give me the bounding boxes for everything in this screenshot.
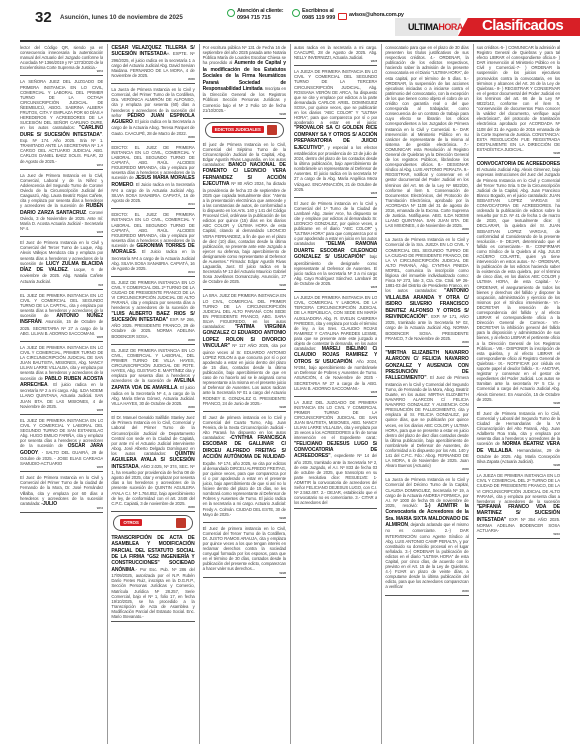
notice-body: LA JUEZA DE PRIMERA INSTANCIA EN LO CIVI… (294, 69, 377, 125)
notice-code: W/28 (294, 192, 377, 195)
section-header-edictos: EDICTOS JUDICIALES (205, 122, 284, 138)
notice-code: W/28 (385, 468, 468, 471)
notice-code: W/26 (20, 336, 103, 339)
notice-body: El Dr. Manuel Genaldo Saifildin Stanley … (111, 415, 194, 456)
classified-notice: El Juez de Primera Instancia en lo Civil… (20, 474, 103, 513)
classified-notice: EDICTO: EL JUEZ DE PRIMERA INSTANCIA EN … (111, 144, 194, 210)
notice-code: W/28 (477, 402, 560, 405)
classified-notice: La Jueza de Primera Instancia en lo Civi… (385, 476, 468, 595)
column-4: autos radica en la secretaría a mi cargo… (290, 44, 377, 744)
classified-notice: autos radica en la secretaría a mi cargo… (294, 44, 377, 66)
notice-body: lector del Código QR, siendo ya en conse… (20, 45, 103, 70)
section-icon (267, 125, 277, 135)
notice-code: W/28 (385, 590, 468, 593)
classified-notice: EL JUEZ DE PRIMERA INSTANCIA EN LO CIVIL… (111, 279, 194, 345)
notice-code: W/26 (20, 466, 103, 469)
classified-notice: El Dr. Manuel Genaldo Saifildin Stanley … (111, 414, 194, 512)
notice-code: W/28 (294, 286, 377, 289)
brand-hora: HORA (438, 22, 463, 32)
whatsapp-icon (292, 9, 300, 17)
notice-body-tail: - Expdte. Nº 174, año 2025, se cita por … (203, 454, 286, 516)
notice-code: W/10 (477, 533, 560, 536)
notice-body: LA JUEZA DE PRIMERA INSTANCIA EN LO CIVI… (294, 295, 377, 351)
notice-headline: -JULIO (41, 501, 57, 507)
notice-body-tail: , expediente Nº 14 del año 2025, tramita… (294, 453, 377, 505)
notice-code: W/28 (111, 506, 194, 509)
whatsapp-icon (227, 9, 235, 17)
notice-body-tail: Nº 80 AÑO 2024, ha dictado la providenci… (203, 181, 286, 284)
classified-notice: EL JUEZ DE PRIMERA INSTANCIA EN LO CIVIL… (111, 347, 194, 413)
classified-notice: LA JUEZ DE PRIMERA INSTANCIA EN LO CIVIL… (20, 344, 103, 415)
notice-code: W/28 (20, 231, 103, 234)
issue-date: Asunción, lunes 10 de noviembre de 2025 (60, 14, 183, 21)
notice-body: El Juez de primera instancia en lo Civil… (203, 526, 286, 572)
notice-code: W/13 (111, 271, 194, 274)
notice-code: W/28 (111, 406, 194, 409)
notice-body: autos radica en la secretaría a mi cargo… (294, 45, 377, 60)
classified-notice: CESAR VELAZQUEZ TILLERIA S/ SUCESIÓN INT… (111, 44, 194, 84)
notice-code: W/28 (385, 228, 468, 231)
classified-notice: LA JUEZA DE PRIMERA INSTANCIA EN LO CIVI… (294, 294, 377, 397)
classified-notice: LA JUEZA DE PRIMERA INSTANCIA EN LO CIVI… (477, 472, 560, 539)
notice-body: El Juez de Primera Instancia en lo Civil… (20, 475, 103, 505)
notice-code: W/28 (294, 391, 377, 394)
customer-service-number: 0994 715 715 (237, 15, 283, 22)
classified-notice: La Jueza de Primera Instancia en lo Civi… (385, 236, 468, 346)
classified-notice: La Jueza de Primera Instancia en lo Civi… (111, 86, 194, 141)
customer-service-contact: Atención al cliente: 0994 715 715 (227, 8, 283, 22)
section-label: OTROS (120, 519, 142, 526)
page-header: 32 Asunción, lunes 10 de noviembre de 20… (0, 0, 580, 36)
classified-notice: sus créditos.-5- ) COMUNICAR la admisión… (477, 44, 560, 158)
classified-notice: Por escritura pública Nº 131 de Fecha 16… (203, 44, 286, 119)
notice-code: W/10 (20, 70, 103, 73)
notice-body-tail: . El Juez de Primera Instancia en lo Civ… (385, 375, 468, 468)
classified-notice: El Juez de Primera Instancia en lo Civil… (477, 410, 560, 471)
classified-notice: El juez de Primera Instancia en lo Civil… (203, 141, 286, 291)
column-1: lector del Código QR, siendo ya en conse… (20, 44, 103, 744)
notice-code: W/10 (20, 507, 103, 510)
notice-code: W/6 (20, 284, 103, 287)
notice-body: EL JUEZ DE PRIMERA INSTANCIA EN LO CIVIL… (111, 280, 194, 310)
notice-code: W/13 (20, 164, 103, 167)
section-icon (176, 518, 186, 528)
notice-code: W/28 (203, 406, 286, 409)
section-title: Clasificados (482, 17, 563, 34)
notice-body-tail: Nº 117 AÑO 2025, cita por quince veces a… (203, 343, 286, 405)
write-us-contact: Escribinos al 0985 119 999 (292, 8, 335, 22)
notice-code: W/28 (203, 113, 286, 116)
classified-notice: LA SRA. JUEZ DE PRIMERA INSTANCIA EN LO … (203, 292, 286, 411)
notice-body-tail: El Actuario Judicial Abg. Alexis Gimenez… (477, 167, 560, 401)
classified-notice: LA JUEZ DEL JUZGADO DE PRIMERA INSTANCIA… (294, 399, 377, 509)
classified-notice: EL JUEZ DE PRIMERA INSTANCIA EN LO CIVIL… (20, 292, 103, 342)
write-us-label: Escribinos al (302, 8, 335, 15)
classified-notice: LA JUEZA DE PRIMERA INSTANCIA EN LO CIVI… (294, 68, 377, 197)
classified-notice: lector del Código QR, siendo ya en conse… (20, 44, 103, 76)
notice-body: convocatario para que en el plazo de 30 … (385, 45, 468, 228)
notice-code: W/28 (385, 341, 468, 344)
column-3: Por escritura pública Nº 131 de Fecha 16… (199, 44, 286, 744)
classified-notice: LA SEÑORA JUEZ DEL JUZGADO DE PRIMERA IN… (20, 78, 103, 169)
column-6: sus créditos.-5- ) COMUNICAR la admisión… (473, 44, 560, 744)
notice-code: W/28 (111, 136, 194, 139)
notice-code: W/13 (111, 203, 194, 206)
notice-body-tail: .- Por Esc. Pub. Nº 286 del 17/09/2025, … (111, 567, 194, 619)
classified-notice: convocatario para que en el plazo de 30 … (385, 44, 468, 234)
classified-notice: La Juez de Primera Instancia en lo Civil… (20, 172, 103, 238)
notice-body: LA JUEZA DE PRIMERA INSTANCIA EN LO CIVI… (477, 473, 560, 503)
brand-logo: ULTIMAHORA (408, 22, 463, 32)
classified-notice: El Juez de primera instancia en lo Civil… (203, 525, 286, 578)
classified-notice: El Juez de primera instancia en lo Civil… (203, 414, 286, 523)
header-rule (20, 40, 560, 42)
email-contact: avisos@uhora.com.py (338, 12, 404, 20)
section-label: EDICTOS JUDICIALES (212, 126, 264, 133)
classifieds-columns: lector del Código QR, siendo ya en conse… (20, 44, 560, 744)
notice-code: W/28 (477, 464, 560, 467)
notice-body-tail: , y especial a los efectos establecidos … (294, 145, 377, 192)
notice-body: La Jueza de Primera Instancia en lo Civi… (385, 237, 468, 293)
column-2: CESAR VELAZQUEZ TILLERIA S/ SUCESIÓN INT… (107, 44, 194, 744)
customer-service-label: Atención al cliente: (237, 8, 283, 15)
notice-code: W/28 (477, 152, 560, 155)
notice-code: W/28 (203, 517, 286, 520)
notice-code: W/28 (203, 284, 286, 287)
notice-code: W/28 (294, 60, 377, 63)
mail-icon (338, 13, 347, 20)
notice-code: W/28 (111, 78, 194, 81)
section-header-otros: OTROS (113, 515, 192, 531)
classified-notice: "MIRTHA ELIZABETH NAVARRO ALARCON C/ FEL… (385, 349, 468, 475)
notice-body-tail: , dejando aclarado que el mismo no es co… (385, 522, 468, 589)
notice-body-tail: , AÑO 2.025, Nº 374, SEC. Nº 1, ha resue… (111, 464, 194, 506)
notice-body: LA SEÑORA JUEZ DEL JUZGADO DE PRIMERA IN… (20, 79, 103, 130)
classified-notice: CONVOCATORIA DE ACREEDORES El Actuario J… (477, 160, 560, 408)
brand-ultima: ULTIMA (408, 22, 438, 32)
page-number: 32 (35, 9, 52, 26)
column-5: convocatario para que en el plazo de 30 … (381, 44, 468, 744)
notice-code: W/28 (111, 339, 194, 342)
notice-body: El Juez de Primera instancia en lo Civil… (294, 201, 377, 247)
notice-body: LA JUEZ DEL JUZGADO DE PRIMERA INSTANCIA… (294, 400, 377, 441)
classified-notice: El Juez de Primera Instancia en lo Civil… (20, 239, 103, 289)
notice-code: W/28 (20, 409, 103, 412)
write-us-number: 0985 119 999 (302, 15, 335, 22)
notice-body: sus créditos.-5- ) COMUNICAR la admisión… (477, 45, 560, 152)
classified-notice: El Juez de Primera instancia en lo Civil… (294, 200, 377, 292)
classified-notice: TRANSCRIPCIÓN DE ACTA DE ASAMBLEA Y MODI… (111, 534, 194, 622)
notice-headline: CONVOCATORIA DE ACREEDORES (477, 161, 560, 167)
notice-code: W/28 (203, 572, 286, 575)
classified-notice: EL JUEZ DE PRIMERA INSTANCIA EN LO CIVIL… (20, 417, 103, 472)
classified-notice: EDICTO: EL JUEZ DE PRIMERA INSTANCIA EN … (111, 211, 194, 277)
